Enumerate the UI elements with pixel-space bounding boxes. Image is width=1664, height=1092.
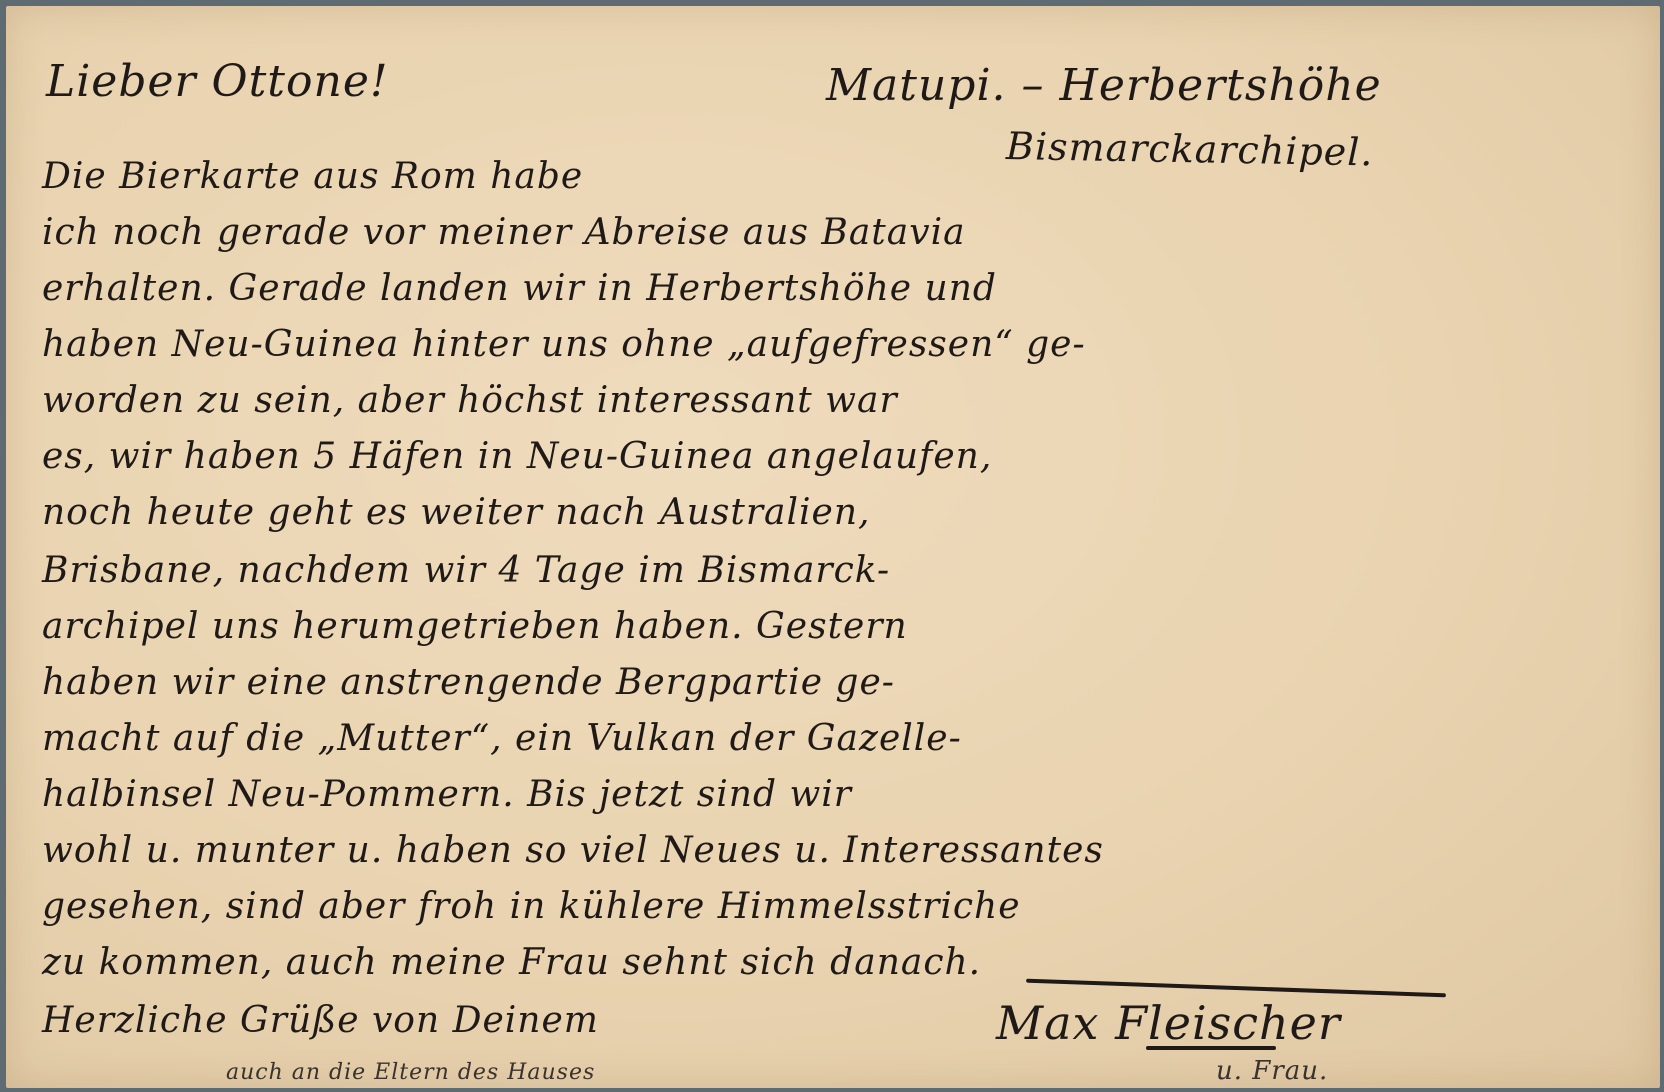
place-line-2: Bismarckarchipel. — [1006, 124, 1374, 174]
text-line-1: Die Bierkarte aus Rom habe — [42, 156, 583, 197]
text-line-5: worden zu sein, aber höchst interessant … — [42, 380, 898, 421]
text-line-15: zu kommen, auch meine Frau sehnt sich da… — [42, 942, 981, 983]
text-line-9: archipel uns herumgetrieben haben. Geste… — [42, 606, 908, 647]
danach-underline — [1026, 979, 1446, 998]
text-line-14: gesehen, sind aber froh in kühlere Himme… — [42, 886, 1021, 927]
signature: Max Fleischer — [996, 996, 1341, 1050]
text-line-8: Brisbane, nachdem wir 4 Tage im Bismarck… — [42, 550, 890, 591]
text-line-12: halbinsel Neu-Pommern. Bis jetzt sind wi… — [42, 774, 852, 815]
text-line-13: wohl u. munter u. haben so viel Neues u.… — [42, 830, 1104, 871]
signature-underline — [1146, 1046, 1276, 1050]
text-line-11: macht auf die „Mutter“, ein Vulkan der G… — [42, 718, 962, 759]
signature-suffix: u. Frau. — [1216, 1056, 1328, 1086]
text-line-2: ich noch gerade vor meiner Abreise aus B… — [42, 212, 966, 253]
text-line-4: haben Neu-Guinea hinter uns ohne „aufgef… — [42, 324, 1086, 365]
postcard: Lieber Ottone! Matupi. – Herbertshöhe Bi… — [6, 6, 1660, 1088]
text-line-10: haben wir eine anstrengende Bergpartie g… — [42, 662, 895, 703]
text-line-16: Herzliche Grüße von Deinem — [42, 1000, 599, 1041]
greeting: Lieber Ottone! — [46, 56, 389, 107]
text-line-6: es, wir haben 5 Häfen in Neu-Guinea ange… — [42, 436, 992, 477]
text-line-3: erhalten. Gerade landen wir in Herbertsh… — [42, 268, 997, 309]
text-line-7: noch heute geht es weiter nach Australie… — [42, 492, 870, 533]
footnote: auch an die Eltern des Hauses — [226, 1060, 595, 1085]
place-line-1: Matupi. – Herbertshöhe — [826, 60, 1382, 111]
